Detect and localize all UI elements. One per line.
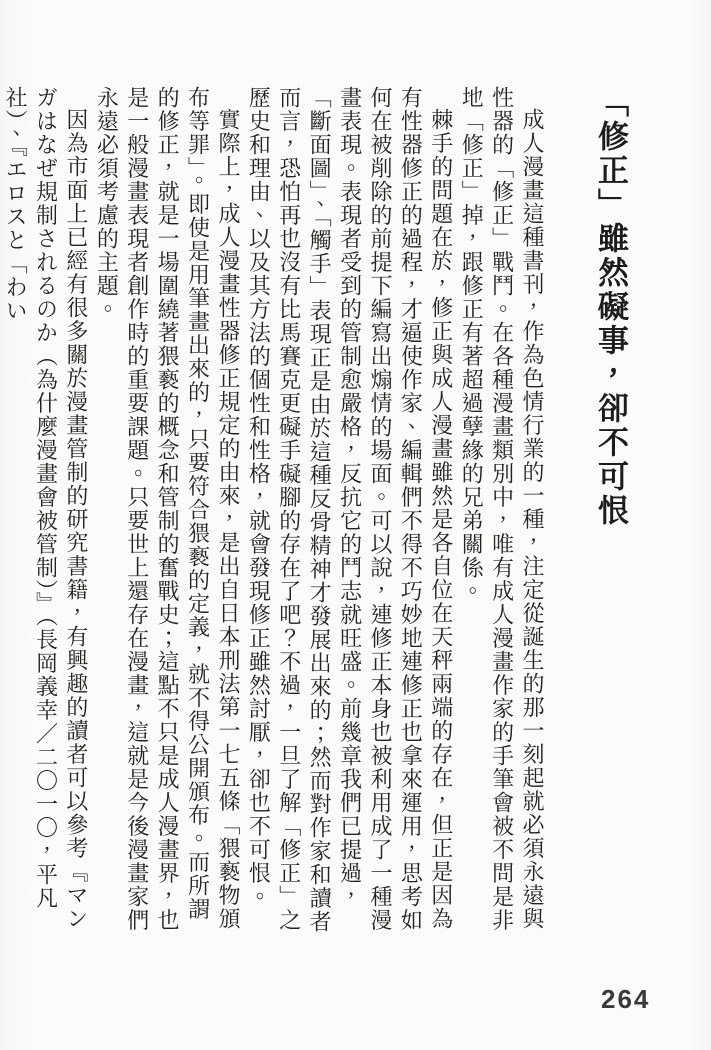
paragraph-1: 成人漫畫這種書刊，作為色情行業的一種，注定從誕生的那一刻起就必須永遠與性器的「修…: [456, 86, 547, 942]
paragraph-3: 實際上，成人漫畫性器修正規定的由來，是出自日本刑法第一七五條「猥褻物頒布等罪」。…: [91, 86, 243, 942]
paragraph-2: 棘手的問題在於，修正與成人漫畫雖然是各自位在天秤兩端的存在，但正是因為有性器修正…: [243, 86, 456, 942]
page-number: 264: [601, 984, 650, 1015]
article-body: 成人漫畫這種書刊，作為色情行業的一種，注定從誕生的那一刻起就必須永遠與性器的「修…: [0, 86, 547, 942]
article-title: 「修正」雖然礙事，卻不可恨: [589, 86, 633, 942]
book-page: 「修正」雖然礙事，卻不可恨 成人漫畫這種書刊，作為色情行業的一種，注定從誕生的那…: [0, 0, 711, 1050]
paragraph-4: 因為市面上已經有很多關於漫畫管制的研究書籍，有興趣的讀者可以參考『マンガはなぜ規…: [0, 86, 91, 942]
article-content: 「修正」雖然礙事，卻不可恨 成人漫畫這種書刊，作為色情行業的一種，注定從誕生的那…: [0, 86, 633, 942]
